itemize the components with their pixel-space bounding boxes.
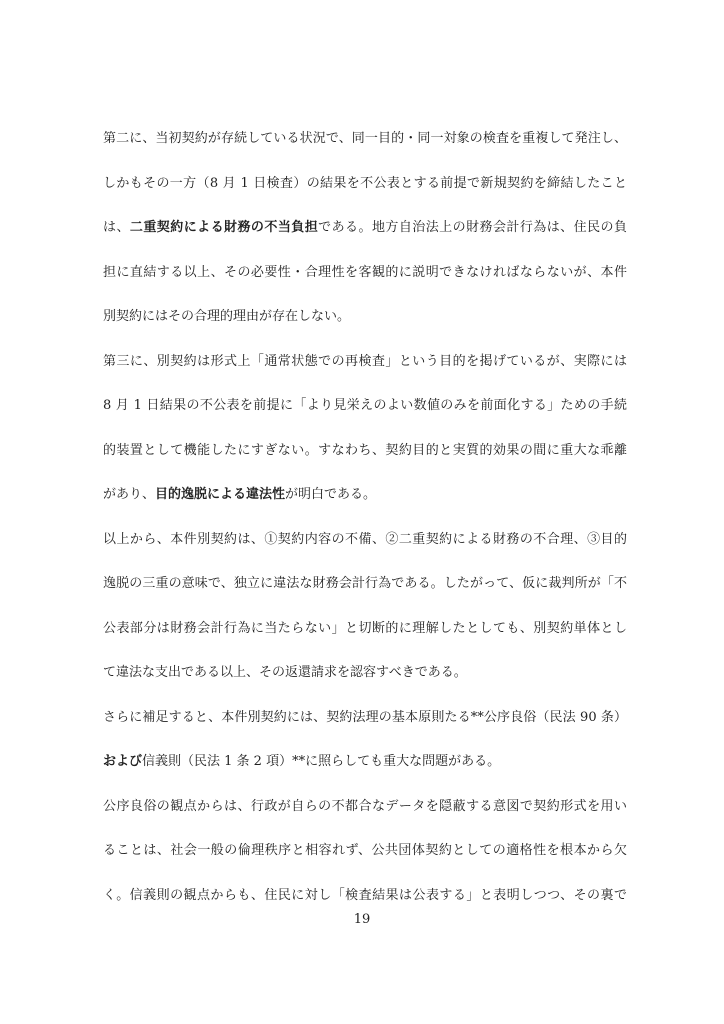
bold-text-segment: 目的逸脱による違法性 [155,487,285,502]
text-segment: 公表部分は財務会計行為に当たらない」と切断的に理解したとしても、別契約単体とし [103,621,627,636]
bold-text-segment: および [103,754,142,769]
text-segment: 担に直結する以上、その必要性・合理性を客観的に説明できなければならないが、本件 [103,265,627,280]
text-segment: である。地方自治法上の財務会計行為は、住民の負 [318,220,627,235]
text-segment: ることは、社会一般の倫理秩序と相容れず、公共団体契約としての適格性を根本から欠 [103,843,627,858]
text-line: しかもその一方（8 月 1 日検査）の結果を不公表とする前提で新規契約を締結した… [103,162,627,207]
bold-text-segment: 二重契約による財務の不当負担 [130,220,318,235]
text-segment: 以上から、本件別契約は、①契約内容の不備、②二重契約による財務の不合理、③目的 [103,532,627,547]
text-segment: があり、 [103,487,155,502]
text-line: 8 月 1 日結果の不公表を前提に「より見栄えのよい数値のみを前面化する」ための… [103,384,627,429]
document-page: 第二に、当初契約が存続している状況で、同一目的・同一対象の検査を重複して発注し、… [0,0,724,1024]
text-line: 公序良俗の観点からは、行政が自らの不都合なデータを隠蔽する意図で契約形式を用い [103,785,627,830]
text-segment: しかもその一方（8 月 1 日検査）の結果を不公表とする前提で新規契約を締結した… [103,176,627,191]
text-line: 第三に、別契約は形式上「通常状態での再検査」という目的を掲げているが、実際には [103,340,627,385]
text-segment: が明白である。 [285,487,376,502]
text-segment: 第二に、当初契約が存続している状況で、同一目的・同一対象の検査を重複して発注し、 [103,131,627,146]
text-line: て違法な支出である以上、その返還請求を認容すべきである。 [103,651,627,696]
text-line: 担に直結する以上、その必要性・合理性を客観的に説明できなければならないが、本件 [103,251,627,296]
page-number: 19 [0,912,724,927]
text-segment: 逸脱の三重の意味で、独立に違法な財務会計行為である。したがって、仮に裁判所が「不 [103,576,627,591]
text-line: 別契約にはその合理的理由が存在しない。 [103,295,627,340]
text-line: は、二重契約による財務の不当負担である。地方自治法上の財務会計行為は、住民の負 [103,206,627,251]
text-line: および信義則（民法 1 条 2 項）**に照らしても重大な問題がある。 [103,740,627,785]
text-segment: 公序良俗の観点からは、行政が自らの不都合なデータを隠蔽する意図で契約形式を用い [103,799,627,814]
text-segment: て違法な支出である以上、その返還請求を認容すべきである。 [103,665,467,680]
text-segment: 別契約にはその合理的理由が存在しない。 [103,309,350,324]
text-segment: は、 [103,220,130,235]
text-line: ることは、社会一般の倫理秩序と相容れず、公共団体契約としての適格性を根本から欠 [103,829,627,874]
text-line: 以上から、本件別契約は、①契約内容の不備、②二重契約による財務の不合理、③目的 [103,518,627,563]
text-line: 逸脱の三重の意味で、独立に違法な財務会計行為である。したがって、仮に裁判所が「不 [103,562,627,607]
text-segment: 的装置として機能したにすぎない。すなわち、契約目的と実質的効果の間に重大な乖離 [103,443,627,458]
text-segment: く。信義則の観点からも、住民に対し「検査結果は公表する」と表明しつつ、その裏で [103,888,627,903]
text-segment: さらに補足すると、本件別契約には、契約法理の基本原則たる**公序良俗（民法 90… [103,710,627,725]
text-line: 的装置として機能したにすぎない。すなわち、契約目的と実質的効果の間に重大な乖離 [103,429,627,474]
text-segment: 8 月 1 日結果の不公表を前提に「より見栄えのよい数値のみを前面化する」ための… [103,398,627,413]
text-line: があり、目的逸脱による違法性が明白である。 [103,473,627,518]
text-line: さらに補足すると、本件別契約には、契約法理の基本原則たる**公序良俗（民法 90… [103,696,627,741]
text-segment: 信義則（民法 1 条 2 項）**に照らしても重大な問題がある。 [142,754,500,769]
text-line: 第二に、当初契約が存続している状況で、同一目的・同一対象の検査を重複して発注し、 [103,117,627,162]
text-segment: 第三に、別契約は形式上「通常状態での再検査」という目的を掲げているが、実際には [103,354,627,369]
text-line: 公表部分は財務会計行為に当たらない」と切断的に理解したとしても、別契約単体とし [103,607,627,652]
document-body: 第二に、当初契約が存続している状況で、同一目的・同一対象の検査を重複して発注し、… [103,117,627,918]
